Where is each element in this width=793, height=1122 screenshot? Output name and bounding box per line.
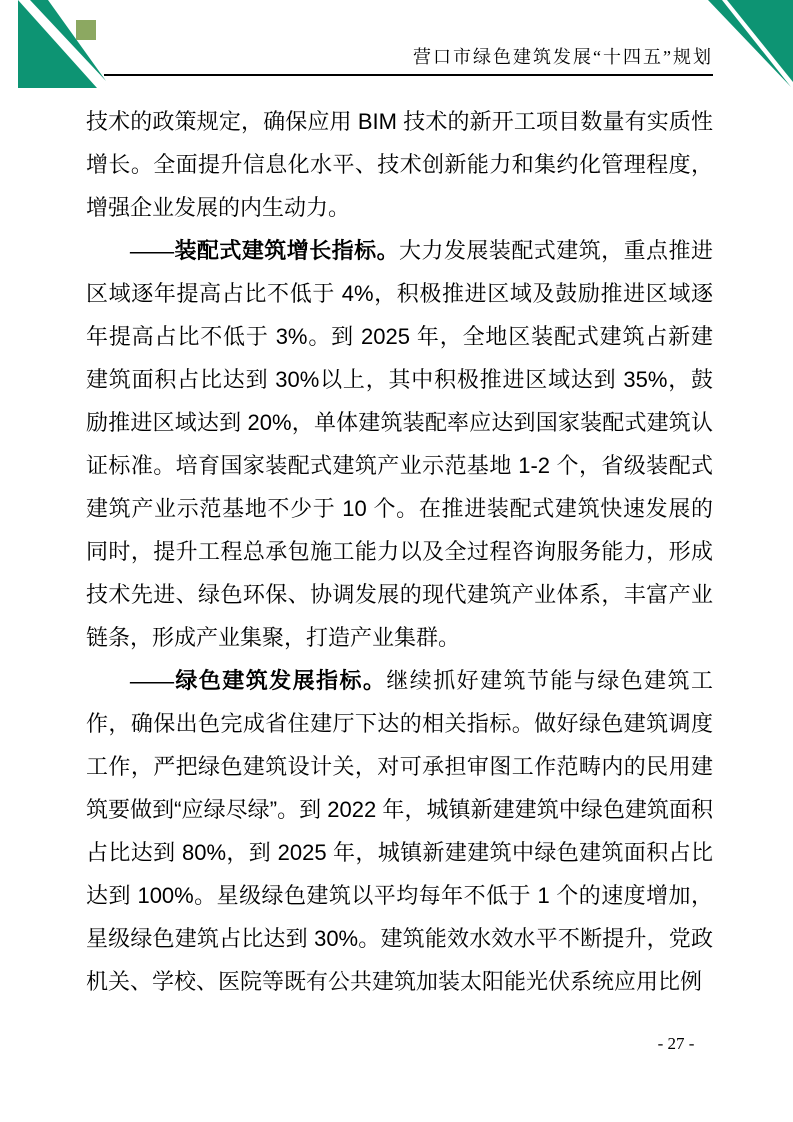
paragraph-text: 继续抓好建筑节能与绿色建筑工作，确保出色完成省住建厅下达的相关指标。做好绿色建筑… bbox=[86, 668, 713, 994]
paragraph-prefab-building-indicator: ——装配式建筑增长指标。大力发展装配式建筑，重点推进区域逐年提高占比不低于 4%… bbox=[86, 229, 713, 659]
page-header-title: 营口市绿色建筑发展“十四五”规划 bbox=[413, 47, 713, 67]
header-accent-square-icon bbox=[76, 20, 96, 40]
page-header: 营口市绿色建筑发展“十四五”规划 bbox=[104, 40, 713, 76]
paragraph-text: 大力发展装配式建筑，重点推进区域逐年提高占比不低于 4%，积极推进区域及鼓励推进… bbox=[86, 238, 713, 650]
paragraph-text: 技术的政策规定，确保应用 BIM 技术的新开工项目数量有实质性增长。全面提升信息… bbox=[86, 109, 713, 220]
corner-triangle-top-right-icon bbox=[727, 0, 793, 82]
paragraph-green-building-indicator: ——绿色建筑发展指标。继续抓好建筑节能与绿色建筑工作，确保出色完成省住建厅下达的… bbox=[86, 659, 713, 1003]
paragraph-lead: ——装配式建筑增长指标。 bbox=[130, 238, 399, 263]
paragraph-continuation: 技术的政策规定，确保应用 BIM 技术的新开工项目数量有实质性增长。全面提升信息… bbox=[86, 100, 713, 229]
document-body: 技术的政策规定，确保应用 BIM 技术的新开工项目数量有实质性增长。全面提升信息… bbox=[86, 100, 713, 1003]
paragraph-lead: ——绿色建筑发展指标。 bbox=[130, 668, 386, 693]
document-page: 营口市绿色建筑发展“十四五”规划 技术的政策规定，确保应用 BIM 技术的新开工… bbox=[0, 0, 793, 1122]
corner-triangle-top-left-icon bbox=[18, 0, 97, 88]
page-number: - 27 - bbox=[640, 1034, 712, 1054]
